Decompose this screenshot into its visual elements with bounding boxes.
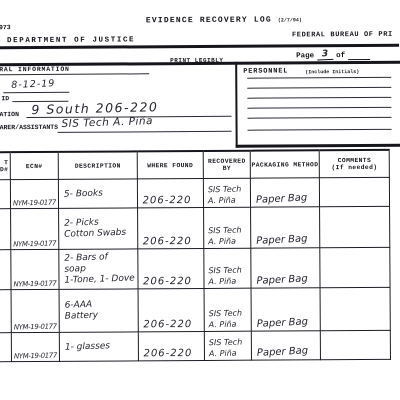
cell-description: 2- PicksCotton Swabs <box>59 208 137 249</box>
personnel-blank-line <box>248 129 392 131</box>
date-field-underline <box>3 92 69 93</box>
page-of-blank <box>348 50 370 60</box>
recovered-by-line: A. Piña <box>204 236 250 248</box>
personnel-blank-line <box>247 87 391 89</box>
cell-where-found: 206-220 <box>137 178 204 207</box>
date-field-value: 8-12-19 <box>11 78 55 91</box>
cell-packaging: Paper Bag <box>251 288 321 331</box>
recovered-by-line: A. Piña <box>204 195 250 207</box>
cell-where-found: 206-220 <box>138 288 205 331</box>
preparer-field-label: ARER/ASSISTANTS <box>0 124 58 131</box>
packaging-method-value: Paper Bag <box>251 192 320 207</box>
personnel-blank-line <box>247 107 391 109</box>
personnel-blank-line <box>247 97 391 99</box>
cell-item <box>0 333 11 362</box>
header-description: DESCRIPTION <box>59 151 137 179</box>
packaging-method-value: Paper Bag <box>251 316 320 331</box>
ecn-value: NYM-19-0177 <box>11 279 59 289</box>
cell-comments <box>320 287 390 330</box>
cell-ecn: NYM-19-0177 <box>11 289 60 332</box>
header-recovered-by: RECOVERED BY <box>203 151 250 179</box>
page-number-row: Page 3 of <box>296 50 370 60</box>
preparer-field-value: SIS Tech A. Piña <box>61 115 153 130</box>
cell-comments <box>320 206 390 247</box>
scanned-evidence-log-page: 973 EVIDENCE RECOVERY LOG (2/7/94) DEPAR… <box>0 0 400 400</box>
ecn-value: NYM-19-0177 <box>11 239 59 249</box>
where-found-value: 206-220 <box>138 236 204 248</box>
cell-packaging: Paper Bag <box>251 331 321 360</box>
location-field-value: 9 South 206-220 <box>31 99 158 117</box>
cell-packaging: Paper Bag <box>250 178 320 207</box>
personnel-lines <box>237 64 400 65</box>
description-line: Battery <box>60 309 138 322</box>
table-row: NYM-19-01771- glasses206-220SIS TechA. P… <box>0 330 390 361</box>
where-found-value: 206-220 <box>138 276 204 288</box>
bureau-header: FEDERAL BUREAU OF PRI <box>292 31 393 40</box>
cell-description: 6-AAABattery <box>59 289 138 332</box>
page-number-value: 3 <box>317 50 333 61</box>
page-title: EVIDENCE RECOVERY LOG (2/7/94) <box>139 15 309 25</box>
personnel-subtitle: (Include Initials) <box>305 69 359 75</box>
ecn-value: NYM-19-0177 <box>11 351 59 361</box>
where-found-value: 206-220 <box>138 195 204 207</box>
department-header: DEPARTMENT OF JUSTICE <box>7 36 135 45</box>
cell-where-found: 206-220 <box>138 331 205 360</box>
recovered-by-line: A. Piña <box>205 348 251 360</box>
cell-where-found: 206-220 <box>137 248 204 288</box>
cell-recovered-by: SIS TechA. Piña <box>204 248 251 288</box>
scan-content: 973 EVIDENCE RECOVERY LOG (2/7/94) DEPAR… <box>0 0 400 400</box>
form-number-fragment: 973 <box>0 24 11 31</box>
cell-item <box>0 180 10 209</box>
personnel-box: PERSONNEL (Include Initials) <box>235 61 400 148</box>
cell-item <box>0 209 10 250</box>
cell-comments <box>320 247 390 287</box>
cell-recovered-by: SIS TechA. Piña <box>204 331 251 360</box>
page-title-text: EVIDENCE RECOVERY LOG <box>146 16 272 26</box>
packaging-method-value: Paper Bag <box>251 233 320 248</box>
where-found-value: 206-220 <box>138 319 204 331</box>
table-row: NYM-19-01775- Books206-220SIS TechA. Piñ… <box>0 177 390 208</box>
cell-description: 2- Bars ofsoap1-Tone, 1- Dove <box>59 249 137 289</box>
general-info-title-underline <box>0 73 149 75</box>
personnel-blank-line <box>247 117 391 119</box>
header-where-found: WHERE FOUND <box>137 151 204 179</box>
cell-packaging: Paper Bag <box>251 248 321 288</box>
cell-description: 1- glasses <box>60 332 138 361</box>
evidence-table-body: NYM-19-01775- Books206-220SIS TechA. Piñ… <box>0 177 390 361</box>
page-of-label: of <box>336 52 345 60</box>
cell-comments <box>321 330 391 359</box>
header-ecn: ECN# <box>10 152 59 180</box>
table-row: NYM-19-01776-AAABattery206-220SIS TechA.… <box>0 287 390 332</box>
table-header-row: T D# ECN# DESCRIPTION WHERE FOUND RECOVE… <box>0 150 389 180</box>
packaging-method-value: Paper Bag <box>252 345 321 360</box>
table-row: NYM-19-01772- PicksCotton Swabs206-220SI… <box>0 206 390 249</box>
ecn-value: NYM-19-0177 <box>11 322 59 332</box>
personnel-blank-line <box>247 77 391 79</box>
cell-description: 5- Books <box>59 179 137 208</box>
header-comments: COMMENTS (If needed) <box>320 150 390 178</box>
page-label: Page <box>296 52 314 60</box>
page-title-revision: (2/7/94) <box>278 17 302 23</box>
header-packaging-method: PACKAGING METHOD <box>250 150 320 178</box>
header-item-fragment: T D# <box>0 152 10 180</box>
recovered-by-line: A. Piña <box>205 276 251 288</box>
where-found-value: 206-220 <box>139 348 205 360</box>
description-line: Cotton Swabs <box>59 227 137 240</box>
description-line: 5- Books <box>59 187 137 200</box>
recovered-by-line: A. Piña <box>205 319 251 331</box>
general-info-title: RAL INFORMATION <box>0 66 70 73</box>
packaging-method-value: Paper Bag <box>251 273 320 288</box>
cell-item <box>0 250 11 290</box>
cell-ecn: NYM-19-0177 <box>10 208 59 249</box>
cell-ecn: NYM-19-0177 <box>11 332 60 361</box>
cell-recovered-by: SIS TechA. Piña <box>204 288 251 331</box>
cell-recovered-by: SIS TechA. Piña <box>204 207 251 248</box>
id-field-label: ID <box>1 95 9 102</box>
cell-ecn: NYM-19-0177 <box>10 179 59 208</box>
cell-recovered-by: SIS TechA. Piña <box>204 178 251 207</box>
evidence-table: T D# ECN# DESCRIPTION WHERE FOUND RECOVE… <box>0 149 391 362</box>
cell-comments <box>320 177 390 206</box>
location-field-label: ATION <box>0 111 19 118</box>
table-row: NYM-19-01772- Bars ofsoap1-Tone, 1- Dove… <box>0 247 390 289</box>
cell-where-found: 206-220 <box>137 207 204 248</box>
cell-ecn: NYM-19-0177 <box>10 249 59 289</box>
ecn-value: NYM-19-0177 <box>10 198 58 208</box>
preparer-field-underline <box>58 131 232 133</box>
description-line: 1- glasses <box>60 340 138 353</box>
description-line: 1-Tone, 1- Dove <box>60 273 138 286</box>
cell-item <box>0 290 11 333</box>
personnel-title: PERSONNEL <box>243 67 288 75</box>
cell-packaging: Paper Bag <box>251 207 321 248</box>
